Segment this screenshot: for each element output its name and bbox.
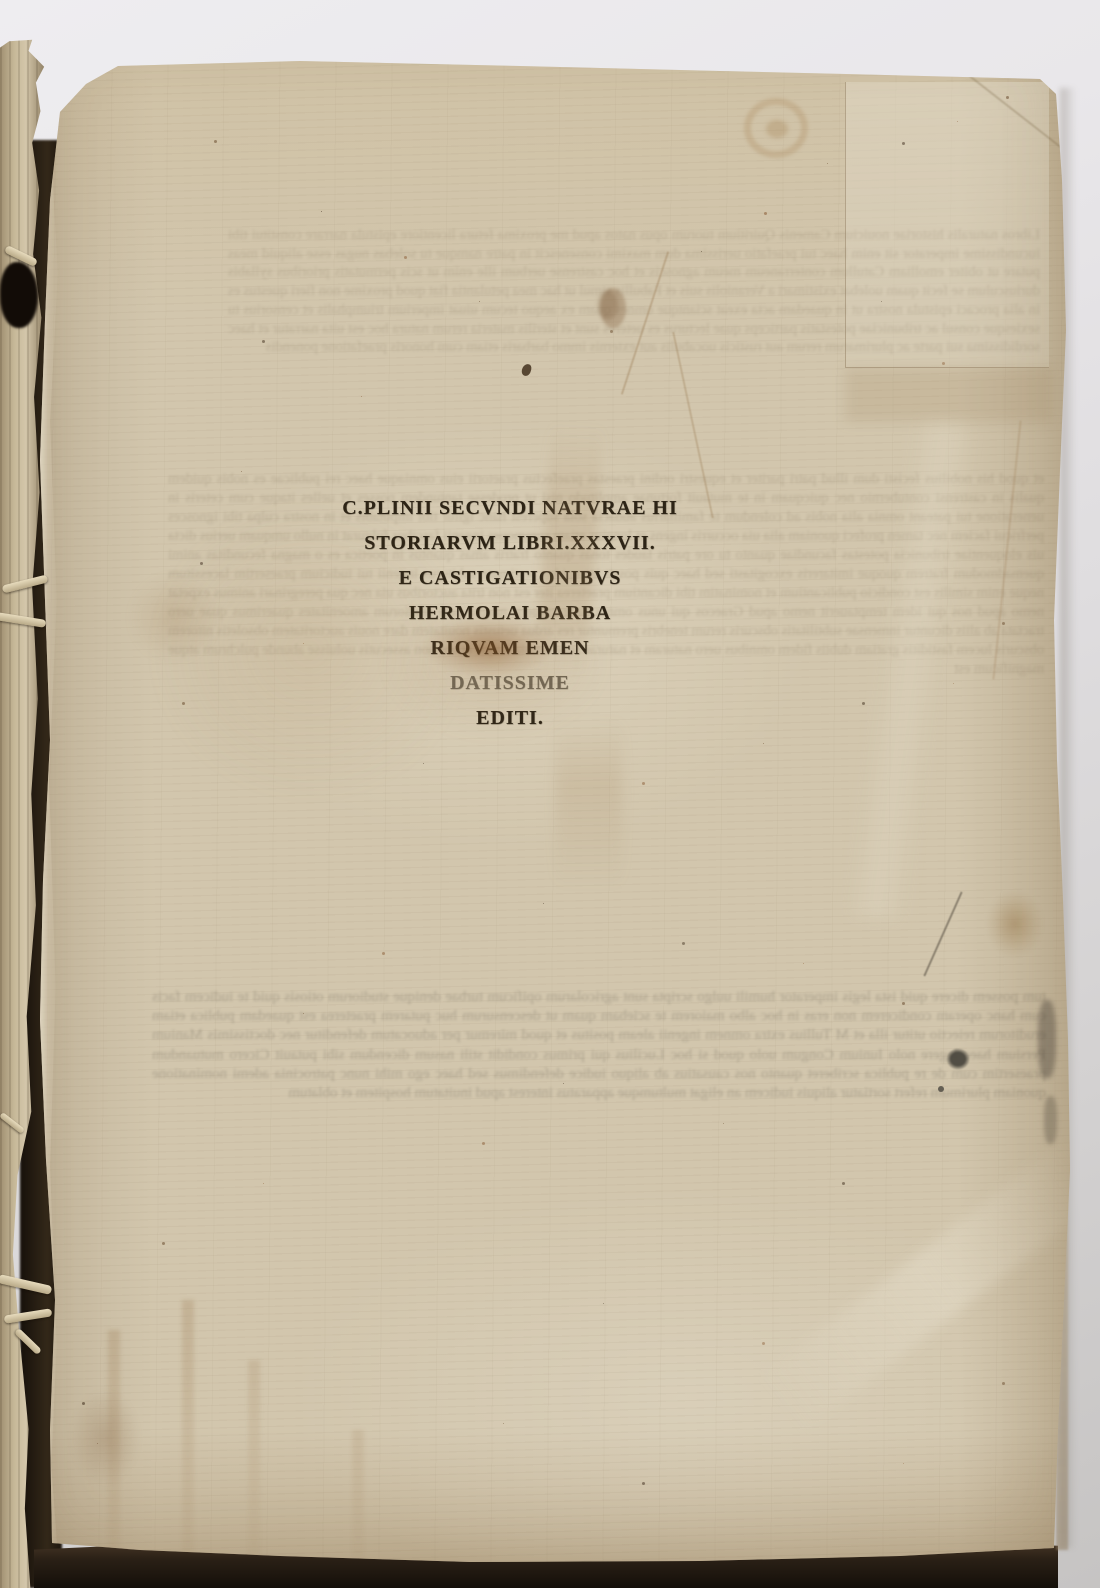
edge-smudge-2 [1044,1096,1057,1144]
title-line-6: DATISSIME [0,672,1020,707]
ink-blot [946,1048,970,1070]
smudge-upper-center-2 [598,290,618,320]
drip-stain-3 [248,1360,260,1558]
smudge-upper-center [600,288,626,328]
drip-stain-4 [352,1430,364,1558]
ring-stain-core [766,120,788,138]
corner-repair-patch [845,82,1049,368]
printed-title-block: C.PLINII SECVNDI NATVRAE HI STORIARVM LI… [0,497,1020,742]
title-line-7: EDITI. [0,707,1020,742]
vertical-stain-below-title [556,718,622,888]
ring-stain [744,98,808,158]
dark-speck-large [521,363,532,377]
photograph-of-book-title-page: Libros naturalis historiae nouicium Came… [0,0,1100,1588]
title-line-2: STORIARVM LIBRI.XXXVII. [0,532,1020,567]
drip-stain-2 [182,1300,194,1556]
blotch-bottom-left [70,1390,140,1485]
title-line-1: C.PLINII SECVNDI NATVRAE HI [0,497,1020,532]
crack-stain-1 [621,251,669,394]
edge-smudge-1 [1038,1000,1056,1078]
spine-hole [0,262,38,328]
wrinkle-highlight-bottom [760,1137,1100,1432]
stain-below-patch [845,368,1053,422]
crack-stain-2 [672,332,713,518]
scratch-mark [923,892,962,977]
ink-dot [938,1086,944,1092]
foxing-specks [0,0,3,3]
title-page: Libros naturalis historiae nouicium Came… [0,0,1100,1588]
title-line-4: HERMOLAI BARBA [0,602,1020,637]
title-line-5: RIQVAM EMEN [0,637,1020,672]
showthrough-text-lower: tum possem dicere quid ista legis impera… [152,988,1046,1288]
tan-blot-right [986,890,1044,958]
title-line-3: E CASTIGATIONIBVS [0,567,1020,602]
drip-stain-1 [108,1330,120,1558]
